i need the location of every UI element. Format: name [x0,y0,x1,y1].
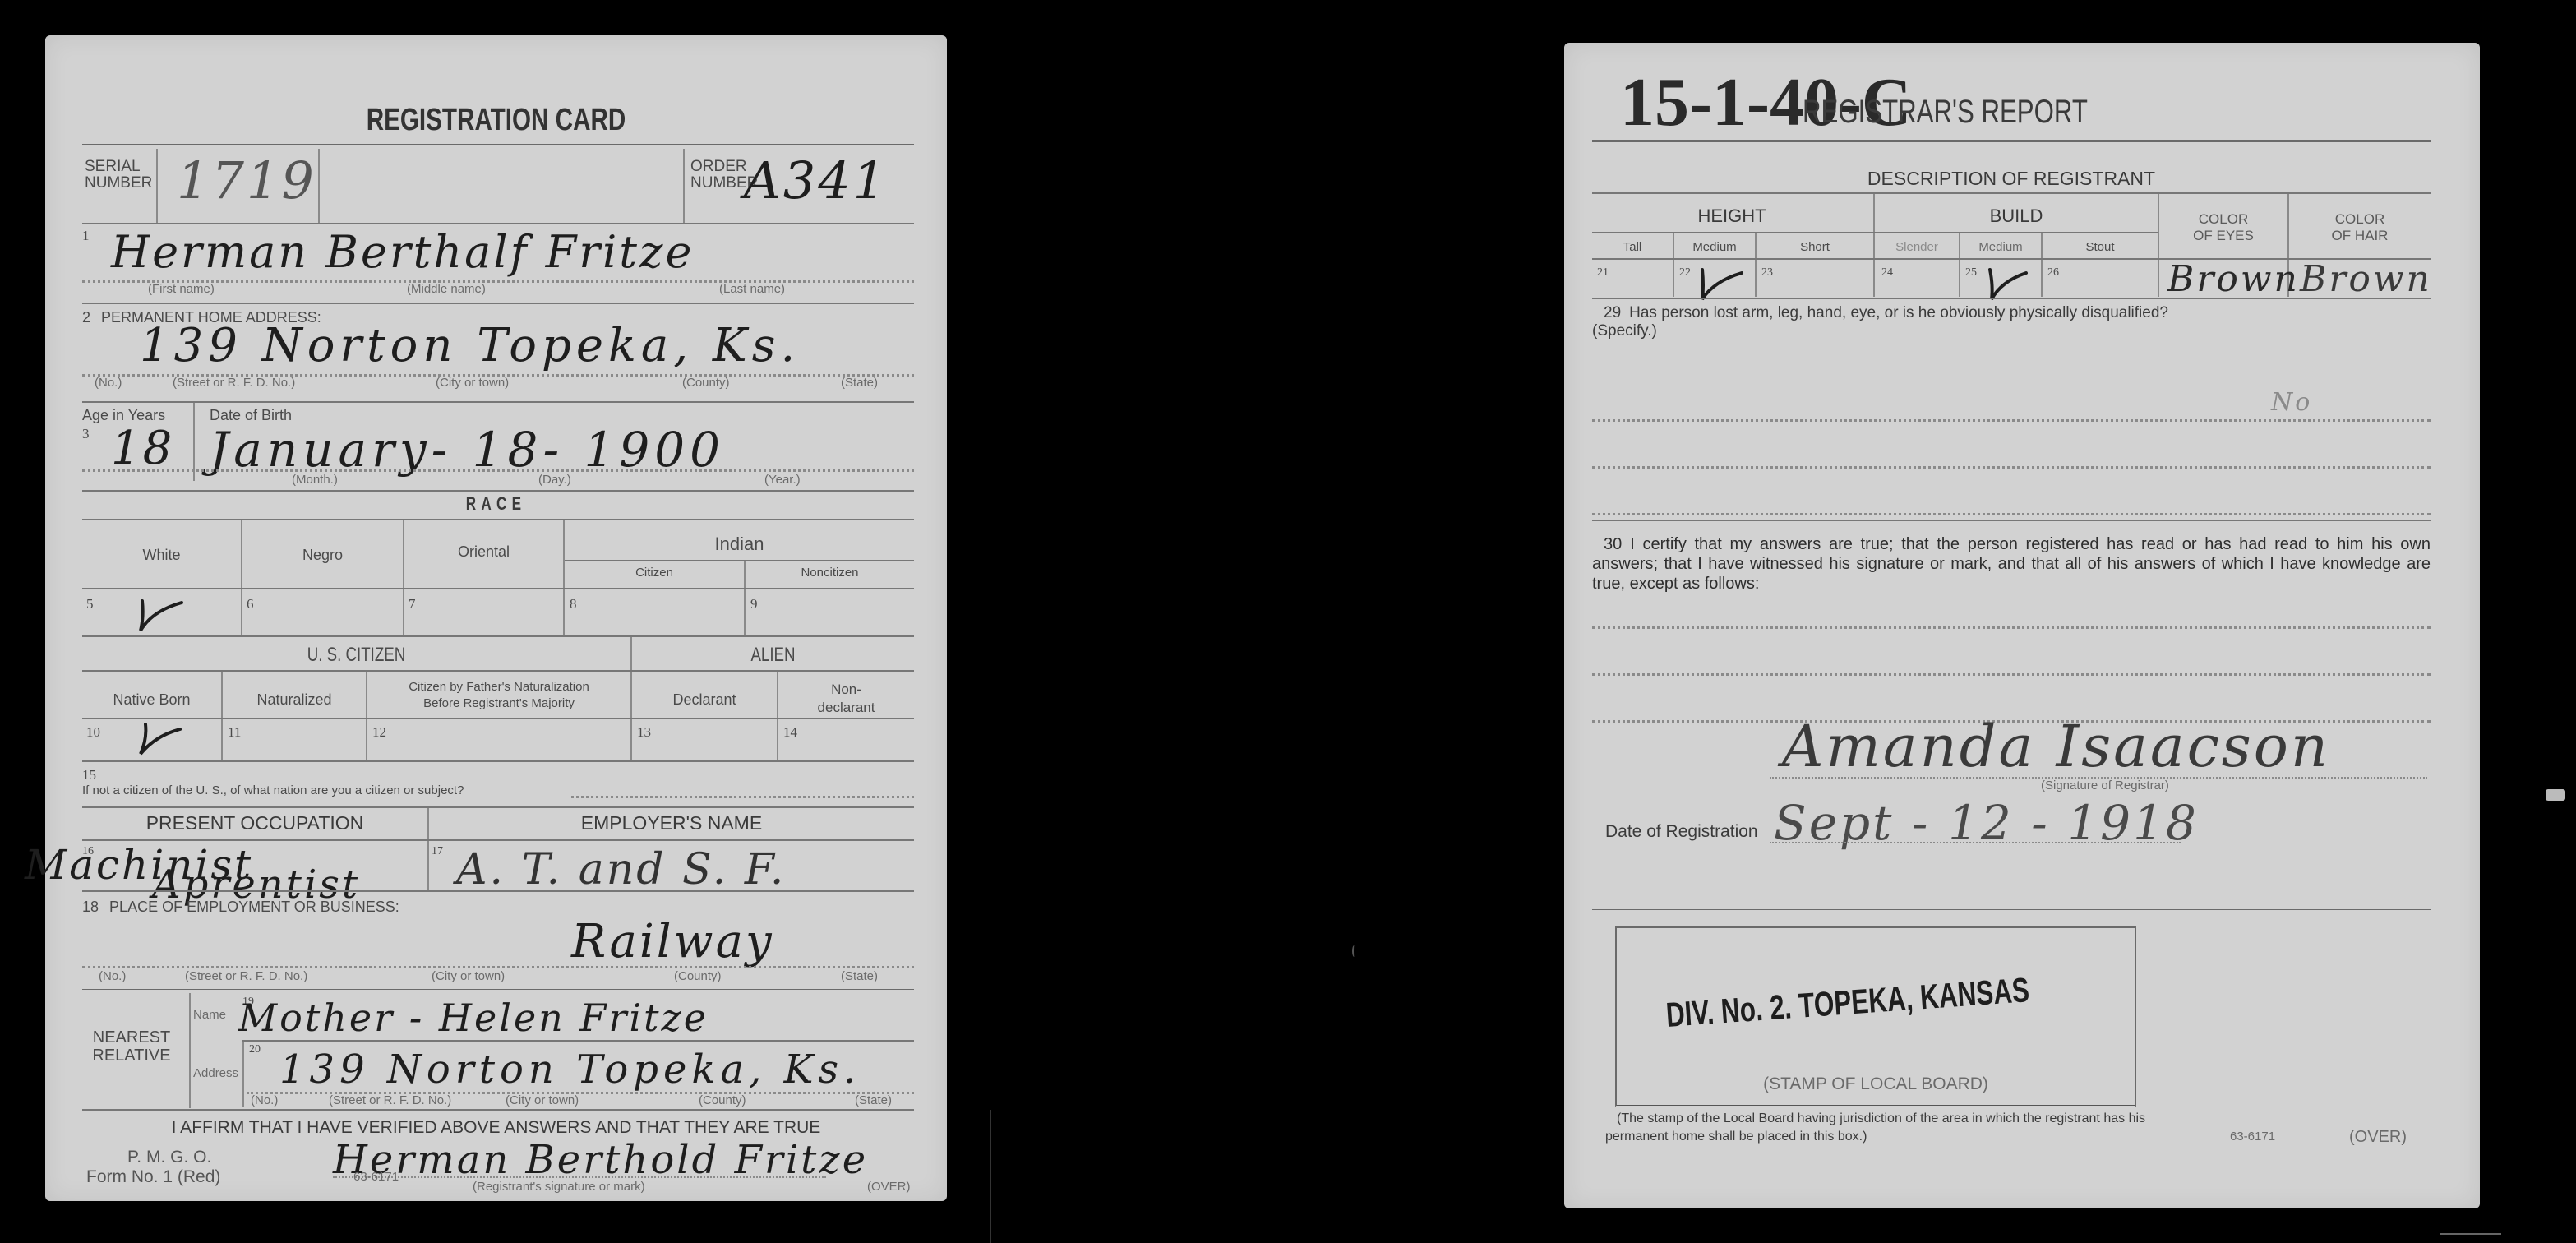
form-code: 63-6171 [2230,1130,2275,1144]
name-caption-middle: (Middle name) [407,282,486,296]
divider [1592,192,2431,194]
alien-title: ALIEN [663,644,884,667]
registration-date-underline [1770,842,2181,843]
hair-color-line2: OF HAIR [2289,228,2431,244]
divider [82,490,914,492]
divider [82,670,914,672]
description-title: DESCRIPTION OF REGISTRANT [1592,168,2431,190]
q30-line1 [1592,626,2431,629]
registrar-signature-value: Amanda Isaacson [1782,713,2330,780]
hair-color-value: Brown [2300,258,2432,300]
field-number: 15 [82,767,96,783]
signature-caption: (Registrant's signature or mark) [473,1180,645,1194]
employer-value: A. T. and S. F. [456,845,786,894]
divider [1592,520,2431,521]
occupation-title: PRESENT OCCUPATION [82,812,427,834]
relative-caption-no: (No.) [251,1093,278,1107]
dob-caption-day: (Day.) [538,473,571,487]
divider [82,718,914,719]
address-caption-city: (City or town) [436,376,509,390]
divider [683,149,685,223]
nearest-relative-line2: RELATIVE [82,1047,181,1065]
declarant-label: Declarant [632,691,777,709]
divider [82,144,914,149]
home-address-value: 139 Norton Topeka, Ks. [140,319,800,372]
film-scratch [990,1110,991,1243]
divider [427,808,429,890]
form-info: P. M. G. O. Form No. 1 (Red) [86,1148,220,1187]
q29-answer-value: No [2271,388,2312,417]
field-number: 20 [249,1043,261,1056]
divider [242,1040,914,1042]
nearest-relative-label: NEAREST RELATIVE [82,1028,181,1065]
divider [241,520,242,635]
q29-specify: (Specify.) [1592,322,1657,340]
divider [1592,140,2431,145]
field-number: 12 [372,724,386,741]
divider [318,149,320,223]
employment-caption-state: (State) [841,969,878,983]
employer-title: EMPLOYER'S NAME [429,812,914,834]
age-value: 18 [111,422,174,475]
eye-color-label: COLOR OF EYES [2159,211,2287,244]
employment-caption-street: (Street or R. F. D. No.) [185,969,307,983]
divider [156,149,158,223]
eye-color-line2: OF EYES [2159,228,2287,244]
checkmark-native-born-icon [134,718,183,759]
field-number: 23 [1761,266,1773,280]
serial-label-line1: SERIAL [85,159,152,175]
relative-caption-state: (State) [855,1093,892,1107]
serial-label: SERIAL NUMBER [85,159,152,192]
q29-question: Has person lost arm, leg, hand, eye, or … [1629,304,2168,321]
field-number: 8 [570,596,577,612]
divider [82,588,914,589]
field-number: 1 [82,228,90,244]
hair-color-label: COLOR OF HAIR [2289,211,2431,244]
field-number: 24 [1881,266,1893,280]
relative-address-label: Address [193,1066,238,1080]
address-caption-county: (County) [682,376,730,390]
naturalized-label: Naturalized [223,691,366,709]
checkmark-white-icon [136,593,185,634]
eye-color-value: Brown [2167,258,2300,300]
relative-name-label: Name [193,1008,226,1022]
build-medium-label: Medium [1960,240,2041,254]
divider [82,760,914,762]
card-title: REGISTRATION CARD [145,103,848,138]
field-number: 21 [1597,266,1609,280]
divider [242,1042,244,1107]
dob-underline [82,469,914,472]
field-number: 17 [432,845,443,858]
address-caption-no: (No.) [95,376,122,390]
field-number: 2 [82,309,90,326]
nondeclarant-label: Non- declarant [778,681,914,717]
employment-caption-county: (County) [674,969,722,983]
height-tall-label: Tall [1592,240,1673,254]
serial-label-line2: NUMBER [85,175,152,192]
divider [82,223,914,224]
divider [565,560,914,561]
build-slender-label: Slender [1875,240,1959,254]
divider [82,890,914,892]
divider [82,806,914,808]
name-caption-last: (Last name) [719,282,785,296]
serial-number-value: 1719 [177,150,316,210]
field-number: 25 [1965,266,1977,280]
address-caption-street: (Street or R. F. D. No.) [173,376,295,390]
divider [82,989,914,994]
signature-underline [333,1176,826,1178]
stamp-note: (The stamp of the Local Board having jur… [1605,1110,2164,1146]
eye-color-line1: COLOR [2159,211,2287,228]
divider [2158,194,2159,297]
divider [82,303,914,304]
race-negro-label: Negro [242,547,403,564]
film-artifact [1352,945,1356,957]
q29-line3 [1592,513,2431,515]
divider [82,1109,914,1111]
name-caption-first: (First name) [148,282,215,296]
divider [221,672,223,760]
q30-text: 30I certify that my answers are true; th… [1592,534,2431,594]
over-label: (OVER) [867,1180,911,1194]
build-stout-label: Stout [2043,240,2158,254]
field-number: 14 [783,724,797,741]
field-number: 5 [86,596,94,612]
field-number: 30 [1604,535,1622,553]
q29-text: 29Has person lost arm, leg, hand, eye, o… [1592,304,2168,322]
place-employment-label: 18 PLACE OF EMPLOYMENT OR BUSINESS: [82,899,399,916]
nondeclarant-line1: Non- [778,681,914,699]
q29-line2 [1592,466,2431,469]
nearest-relative-line1: NEAREST [82,1028,181,1047]
native-born-label: Native Born [82,691,221,709]
height-medium-label: Medium [1674,240,1755,254]
divider [82,519,914,520]
stamp-caption: (STAMP OF LOCAL BOARD) [1617,1074,2135,1094]
registration-date-label: Date of Registration [1605,822,1758,842]
dob-caption-year: (Year.) [764,473,801,487]
film-artifact [2546,789,2565,801]
relative-address-value: 139 Norton Topeka, Ks. [279,1047,861,1093]
race-indian-label: Indian [565,534,914,555]
field-number: 29 [1604,304,1621,321]
field-number: 22 [1679,266,1691,280]
relative-name-value: Mother - Helen Fritze [238,996,709,1040]
divider [1592,232,2158,233]
divider [1592,908,2431,913]
relative-caption-county: (County) [699,1093,746,1107]
nondeclarant-line2: declarant [778,699,914,717]
divider [82,401,914,403]
q29-line1 [1592,419,2431,422]
dob-caption-month: (Month.) [292,473,338,487]
local-board-stamp: DIV. No. 2. TOPEKA, KANSAS [1664,970,2030,1035]
relative-caption-street: (Street or R. F. D. No.) [329,1093,451,1107]
divider [189,993,191,1108]
place-employment-label-text: PLACE OF EMPLOYMENT OR BUSINESS: [109,899,399,915]
place-employment-underline [82,966,914,968]
registration-card: REGISTRATION CARD SERIAL NUMBER 1719 ORD… [45,35,947,1201]
race-oriental-label: Oriental [404,543,563,561]
field-number: 10 [86,724,100,741]
us-citizen-title: U. S. CITIZEN [142,644,570,667]
place-employment-value: Railway [571,915,774,968]
relative-caption-city: (City or town) [506,1093,579,1107]
field-number: 13 [637,724,651,741]
field-number: 7 [409,596,416,612]
employment-caption-no: (No.) [99,969,126,983]
field-number: 26 [2047,266,2059,280]
field-number: 9 [750,596,758,612]
form-info-line2: Form No. 1 (Red) [86,1167,220,1187]
field-number: 6 [247,596,254,612]
race-indian-noncitizen-label: Noncitizen [746,566,914,580]
affirmation-text: I AFFIRM THAT I HAVE VERIFIED ABOVE ANSW… [45,1118,947,1138]
race-indian-citizen-label: Citizen [565,566,744,580]
nation-question: If not a citizen of the U. S., of what n… [82,783,464,797]
form-code: 63-6171 [353,1170,399,1184]
divider [1592,298,2431,299]
employment-caption-city: (City or town) [432,969,505,983]
divider [82,635,914,637]
field-number: 11 [228,724,241,741]
registrar-signature-caption: (Signature of Registrar) [2041,779,2169,792]
film-artifact [2440,1233,2501,1235]
address-caption-state: (State) [841,376,878,390]
field-number: 3 [82,426,90,442]
height-title: HEIGHT [1592,206,1872,227]
father-naturalization-label: Citizen by Father's Naturalization Befor… [367,679,630,712]
order-number-value: A341 [744,150,888,210]
q30-statement: I certify that my answers are true; that… [1592,535,2431,593]
race-title: RACE [145,493,848,515]
race-white-label: White [82,547,241,564]
stamp-box: DIV. No. 2. TOPEKA, KANSAS (STAMP OF LOC… [1615,926,2136,1107]
checkmark-build-medium-icon [1983,261,2033,303]
form-info-line1: P. M. G. O. [86,1148,220,1167]
hair-color-line1: COLOR [2289,211,2431,228]
field-number: 18 [82,899,99,915]
build-title: BUILD [1877,206,2156,227]
father-naturalization-line1: Citizen by Father's Naturalization [367,679,630,695]
nation-underline [571,796,914,798]
q30-line2 [1592,673,2431,676]
registrant-name-value: Herman Berthalf Fritze [111,226,694,278]
over-label: (OVER) [2349,1128,2407,1147]
divider [403,520,404,635]
height-short-label: Short [1757,240,1873,254]
registrars-report-card: 15-1-40-C REGISTRAR'S REPORT DESCRIPTION… [1564,43,2480,1208]
father-naturalization-line2: Before Registrant's Majority [367,695,630,712]
checkmark-height-medium-icon [1696,261,1745,303]
registrars-report-title: REGISTRAR'S REPORT [1803,94,2088,131]
